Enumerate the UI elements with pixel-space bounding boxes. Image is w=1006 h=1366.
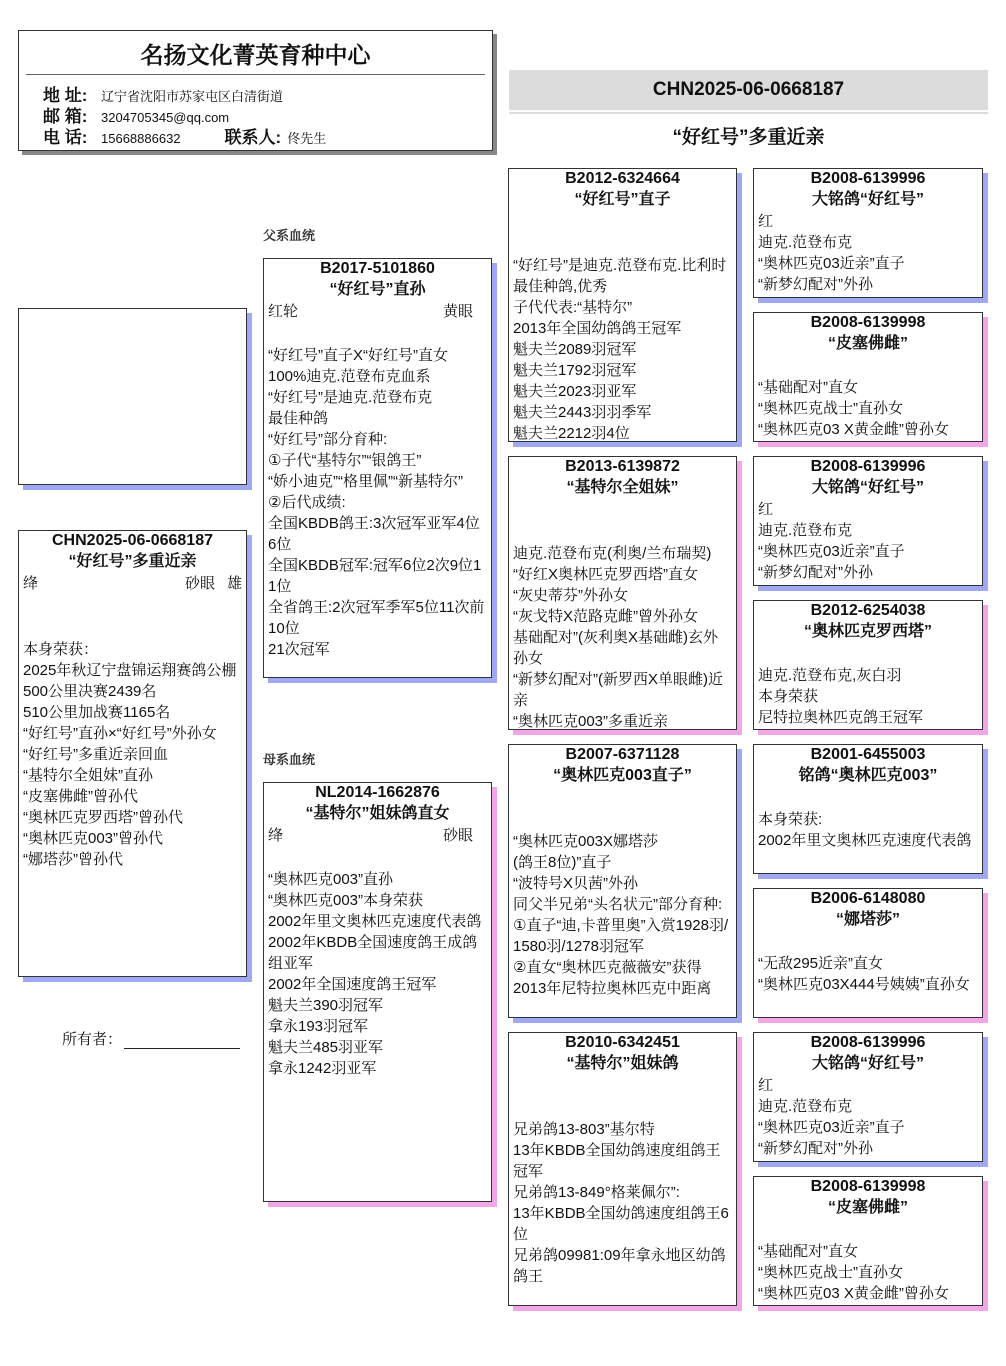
eye-type: 黄眼 [443, 301, 473, 323]
owner-label: 所有者： [62, 1031, 122, 1048]
note-line: “新梦幻配对”外孙 [758, 1138, 978, 1159]
note-line: 迪克.范登布克(利奥/兰布瑞契) [513, 543, 732, 564]
note-line: 同父半兄弟“头名状元”部分育种: [513, 894, 732, 915]
note-line: “奥林匹克战士”直孙女 [758, 398, 978, 419]
note-line: “灰戈特X范路克雌”曾外孙女 [513, 606, 732, 627]
pigeon-name: “皮塞佛雌” [758, 1197, 978, 1219]
note-line: 本身荣获 [758, 686, 978, 707]
ring-number: B2012-6324664 [513, 169, 732, 189]
owner-field: 所有者： [62, 1028, 240, 1049]
note-line: “好红X奥林匹克罗西塔”直女 [513, 564, 732, 585]
granddam-maternal-card: B2010-6342451 “基特尔”姐妹鸽 兄弟鸽13-803”基尔特 13年… [508, 1032, 737, 1306]
contact-label: 联系人: [225, 128, 282, 147]
ring-number-banner: CHN2025-06-0668187 [509, 70, 988, 110]
note-line: “奥林匹克03近亲”直子 [758, 1117, 978, 1138]
feather-color: 红 [758, 211, 978, 232]
note-line: 子代代表:“基特尔” [513, 297, 732, 318]
pigeon-notes: 兄弟鸽13-803”基尔特 13年KBDB全国幼鸽速度组鸽王冠军 兄弟鸽13-8… [513, 1119, 732, 1287]
note-line: 拿永193羽冠军 [268, 1016, 487, 1037]
note-line: “奥林匹克03 X黄金雌”曾孙女 [758, 419, 978, 440]
breeder-info-card: 名扬文化菁英育种中心 地 址:辽宁省沈阳市苏家屯区白清街道 邮 箱:320470… [18, 30, 493, 151]
note-line: 基础配对”(灰利奥X基础雌)玄外孙女 [513, 627, 732, 669]
sire-line-label: 父系血统 [263, 225, 315, 244]
dam-line-label: 母系血统 [263, 749, 315, 768]
note-line: 2002年KBDB全国速度鸽王成鸽组亚军 [268, 932, 487, 974]
note-line: 全国KBDB冠军:冠军6位2次9位11位 [268, 555, 487, 597]
note-line: 迪克.范登布克 [758, 520, 978, 541]
note-line: 2025年秋辽宁盘锦运翔赛鸽公棚 [23, 660, 242, 681]
banner-underline [509, 112, 988, 114]
note-line: 魁夫兰1792羽冠军 [513, 360, 732, 381]
pigeon-name: “好红号”直子 [513, 189, 732, 211]
pigeon-attributes: 红轮 黄眼 [268, 301, 487, 323]
note-line: “好红号”部分育种: [268, 429, 487, 450]
note-line: 兄弟鸽13-849°格莱佩尔”: [513, 1182, 732, 1203]
note-line: 魁夫兰2443羽羽季军 [513, 402, 732, 423]
great-grandparent-card-3: B2008-6139996 大铭鸽“好红号” 红 迪克.范登布克 “奥林匹克03… [753, 456, 983, 586]
note-line: (鸽王8位)”直子 [513, 852, 732, 873]
note-line: 100%迪克.范登布克血系 [268, 366, 487, 387]
note-line: “奥林匹克003”曾孙代 [23, 828, 242, 849]
note-line: 2002年全国速度鸽王冠军 [268, 974, 487, 995]
pigeon-name: 大铭鸽“好红号” [758, 1053, 978, 1075]
feather-color: 红 [758, 1075, 978, 1096]
note-line: “奥林匹克03近亲”直子 [758, 541, 978, 562]
note-line: 魁夫兰390羽冠军 [268, 995, 487, 1016]
pigeon-notes: “奥林匹克003”直孙 “奥林匹克003”本身荣获 2002年里文奥林匹克速度代… [268, 869, 487, 1079]
breeder-name: 名扬文化菁英育种中心 [19, 37, 492, 70]
sex: 雄 [227, 573, 242, 595]
ring-number: B2001-6455003 [758, 745, 978, 765]
note-line: “新梦幻配对”外孙 [758, 274, 978, 295]
great-grandparent-card-4: B2012-6254038 “奥林匹克罗西塔” 迪克.范登布克,灰白羽 本身荣获… [753, 600, 983, 730]
pigeon-name: “娜塔莎” [758, 909, 978, 931]
note-line: 兄弟鸽13-803”基尔特 [513, 1119, 732, 1140]
note-line: ②后代成绩: [268, 492, 487, 513]
note-line: “奥林匹克03近亲”直子 [758, 253, 978, 274]
address-value: 辽宁省沈阳市苏家屯区白清街道 [101, 89, 283, 104]
owner-signature-line[interactable] [124, 1033, 240, 1049]
note-line: 魁夫兰2212羽4位 [513, 423, 732, 442]
note-line: “奥林匹克罗西塔”曾孙代 [23, 807, 242, 828]
note-line: 迪克.范登布克 [758, 232, 978, 253]
note-line: “好红号”直子X“好红号”直女 [268, 345, 487, 366]
address-label: 地 址: [43, 86, 101, 106]
note-line: “奥林匹克003X娜塔莎 [513, 831, 732, 852]
note-line: “好红号”是迪克.范登布克.比利时最佳种鸽,优秀 [513, 255, 732, 297]
note-line: “灰史蒂芬”外孙女 [513, 585, 732, 606]
note-line: 2002年里文奥林匹克速度代表鸽 [758, 830, 978, 851]
note-line: “娇小迪克”“格里佩”“新基特尔” [268, 471, 487, 492]
sire-card: B2017-5101860 “好红号”直孙 红轮 黄眼 “好红号”直子X“好红号… [263, 258, 492, 678]
note-line: “好红号”直孙×“好红号”外孙女 [23, 723, 242, 744]
phone-label: 电 话: [43, 128, 101, 148]
great-grandparent-card-2: B2008-6139998 “皮塞佛雌” “基础配对”直女 “奥林匹克战士”直孙… [753, 312, 983, 442]
great-grandparent-card-1: B2008-6139996 大铭鸽“好红号” 红 迪克.范登布克 “奥林匹克03… [753, 168, 983, 298]
feather-color: 绛 [23, 573, 38, 595]
note-line: “奥林匹克003”本身荣获 [268, 890, 487, 911]
note-line: 尼特拉奥林匹克鸽王冠军 [758, 707, 978, 728]
note-line: “新梦幻配对”外孙 [758, 562, 978, 583]
ring-number: B2008-6139996 [758, 169, 978, 189]
pigeon-name: “好红号”直孙 [268, 279, 487, 301]
pigeon-notes: “奥林匹克003X娜塔莎 (鸽王8位)”直子 “波特号X贝茜”外孙 同父半兄弟“… [513, 831, 732, 999]
feather-color: 红 [758, 499, 978, 520]
note-line: “新梦幻配对”(新罗西X单眼雌)近亲 [513, 669, 732, 711]
ring-number: B2008-6139996 [758, 457, 978, 477]
ring-number: CHN2025-06-0668187 [23, 531, 242, 551]
note-line: “娜塔莎”曾孙代 [23, 849, 242, 870]
pigeon-name: “皮塞佛雌” [758, 333, 978, 355]
note-line: “基础配对”直女 [758, 1241, 978, 1262]
grandsire-maternal-card: B2007-6371128 “奥林匹克003直子” “奥林匹克003X娜塔莎 (… [508, 744, 737, 1018]
note-line: 魁夫兰485羽亚军 [268, 1037, 487, 1058]
note-line: 兄弟鸽09981:09年拿永地区幼鸽鸽王 [513, 1245, 732, 1287]
great-grandparent-card-7: B2008-6139996 大铭鸽“好红号” 红 迪克.范登布克 “奥林匹克03… [753, 1032, 983, 1162]
note-line: 迪克.范登布克 [758, 1096, 978, 1117]
great-grandparent-card-8: B2008-6139998 “皮塞佛雌” “基础配对”直女 “奥林匹克战士”直孙… [753, 1176, 983, 1306]
note-line: “奥林匹克03X444号姨姨”直孙女 [758, 974, 978, 995]
feather-color: 绛 [268, 825, 283, 847]
note-line: ①直子“迪,卡普里奥”入赏1928羽/1580羽/1278羽冠军 [513, 915, 732, 957]
eye-type: 砂眼 [443, 825, 473, 847]
note-line: “无敌295近亲”直女 [758, 953, 978, 974]
note-line: “基础配对”直女 [758, 377, 978, 398]
pigeon-attributes: 绛 砂眼 [268, 825, 487, 847]
feather-color: 红轮 [268, 301, 298, 323]
note-line: “皮塞佛雌”曾孙代 [23, 786, 242, 807]
email-row: 邮 箱:3204705345@qq.com [43, 107, 229, 128]
ring-number: B2008-6139998 [758, 313, 978, 333]
pigeon-name: “奥林匹克罗西塔” [758, 621, 978, 643]
ring-number: B2007-6371128 [513, 745, 732, 765]
pigeon-notes: 本身荣获： 2025年秋辽宁盘锦运翔赛鸽公棚 500公里决赛2439名 510公… [23, 639, 242, 870]
note-line: “奥林匹克03 X黄金雌”曾孙女 [758, 1283, 978, 1304]
pigeon-photo-placeholder [18, 308, 247, 485]
note-line: 13年KBDB全国幼鸽速度组鸽王6位 [513, 1203, 732, 1245]
note-line: 魁夫兰2023羽亚军 [513, 381, 732, 402]
address-row: 地 址:辽宁省沈阳市苏家屯区白清街道 [43, 86, 283, 107]
phone-row: 电 话:15668886632联系人:佟先生 [43, 128, 326, 149]
note-line: ②直女“奥林匹克薇薇安”获得 [513, 957, 732, 978]
pigeon-name: 铭鸽“奥林匹克003” [758, 765, 978, 787]
email-value[interactable]: 3204705345@qq.com [101, 110, 229, 125]
note-line: 迪克.范登布克,灰白羽 [758, 665, 978, 686]
pigeon-name: “基特尔”姐妹鸽直女 [268, 803, 487, 825]
pigeon-notes: 迪克.范登布克(利奥/兰布瑞契) “好红X奥林匹克罗西塔”直女 “灰史蒂芬”外孙… [513, 543, 732, 730]
ring-number: B2008-6139998 [758, 1177, 978, 1197]
pigeon-name: “奥林匹克003直子” [513, 765, 732, 787]
note-line: 最佳种鸽 [268, 408, 487, 429]
ring-number: B2012-6254038 [758, 601, 978, 621]
pigeon-name: “基特尔全姐妹” [513, 477, 732, 499]
ring-number: B2017-5101860 [268, 259, 487, 279]
note-line: “奥林匹克003”直孙 [268, 869, 487, 890]
pigeon-notes: “好红号”直子X“好红号”直女 100%迪克.范登布克血系 “好红号”是迪克.范… [268, 345, 487, 660]
note-line: ①子代“基特尔”“银鸽王” [268, 450, 487, 471]
pigeon-attributes: 绛 砂眼 雄 [23, 573, 242, 595]
great-grandparent-card-5: B2001-6455003 铭鸽“奥林匹克003” 本身荣获: 2002年里文奥… [753, 744, 983, 874]
grandsire-paternal-card: B2012-6324664 “好红号”直子 “好红号”是迪克.范登布克.比利时最… [508, 168, 737, 442]
note-line: “波特号X贝茜”外孙 [513, 873, 732, 894]
ring-number: B2006-6148080 [758, 889, 978, 909]
note-line: 21次冠军 [268, 639, 487, 660]
pigeon-name: 大铭鸽“好红号” [758, 477, 978, 499]
subject-pigeon-card: CHN2025-06-0668187 “好红号”多重近亲 绛 砂眼 雄 本身荣获… [18, 530, 247, 977]
note-line: 本身荣获： [23, 639, 242, 660]
ring-number: B2013-6139872 [513, 457, 732, 477]
great-grandparent-card-6: B2006-6148080 “娜塔莎” “无敌295近亲”直女 “奥林匹克03X… [753, 888, 983, 1018]
note-line: 拿永1242羽亚军 [268, 1058, 487, 1079]
note-line: 13年KBDB全国幼鸽速度组鸽王冠军 [513, 1140, 732, 1182]
pedigree-subtitle: “好红号”多重近亲 [509, 122, 988, 149]
eye-type: 砂眼 [185, 573, 215, 595]
note-line: “奥林匹克战士”直孙女 [758, 1262, 978, 1283]
email-label: 邮 箱: [43, 107, 101, 127]
note-line: “好红号”是迪克.范登布克 [268, 387, 487, 408]
pigeon-name: “基特尔”姐妹鸽 [513, 1053, 732, 1075]
pigeon-notes: “好红号”是迪克.范登布克.比利时最佳种鸽,优秀 子代代表:“基特尔” 2013… [513, 255, 732, 442]
note-line: 魁夫兰2089羽冠军 [513, 339, 732, 360]
note-line: 2013年全国幼鸽鸽王冠军 [513, 318, 732, 339]
note-line: “基特尔全姐妹”直孙 [23, 765, 242, 786]
note-line: 本身荣获: [758, 809, 978, 830]
phone-value[interactable]: 15668886632 [101, 131, 181, 146]
ring-number: B2010-6342451 [513, 1033, 732, 1053]
note-line: “好红号”多重近亲回血 [23, 744, 242, 765]
ring-number: B2008-6139996 [758, 1033, 978, 1053]
note-line: 510公里加战赛1165名 [23, 702, 242, 723]
dam-card: NL2014-1662876 “基特尔”姐妹鸽直女 绛 砂眼 “奥林匹克003”… [263, 782, 492, 1202]
divider [26, 74, 485, 75]
ring-number: NL2014-1662876 [268, 783, 487, 803]
contact-value: 佟先生 [287, 131, 326, 146]
granddam-paternal-card: B2013-6139872 “基特尔全姐妹” 迪克.范登布克(利奥/兰布瑞契) … [508, 456, 737, 730]
pigeon-name: “好红号”多重近亲 [23, 551, 242, 573]
note-line: 500公里决赛2439名 [23, 681, 242, 702]
pigeon-name: 大铭鸽“好红号” [758, 189, 978, 211]
note-line: 全省鸽王:2次冠军季军5位11次前10位 [268, 597, 487, 639]
note-line: 2013年尼特拉奥林匹克中距离 [513, 978, 732, 999]
note-line: “奥林匹克003”多重近亲 [513, 711, 732, 730]
note-line: 全国KBDB鸽王:3次冠军亚军4位6位 [268, 513, 487, 555]
note-line: 2002年里文奥林匹克速度代表鸽 [268, 911, 487, 932]
